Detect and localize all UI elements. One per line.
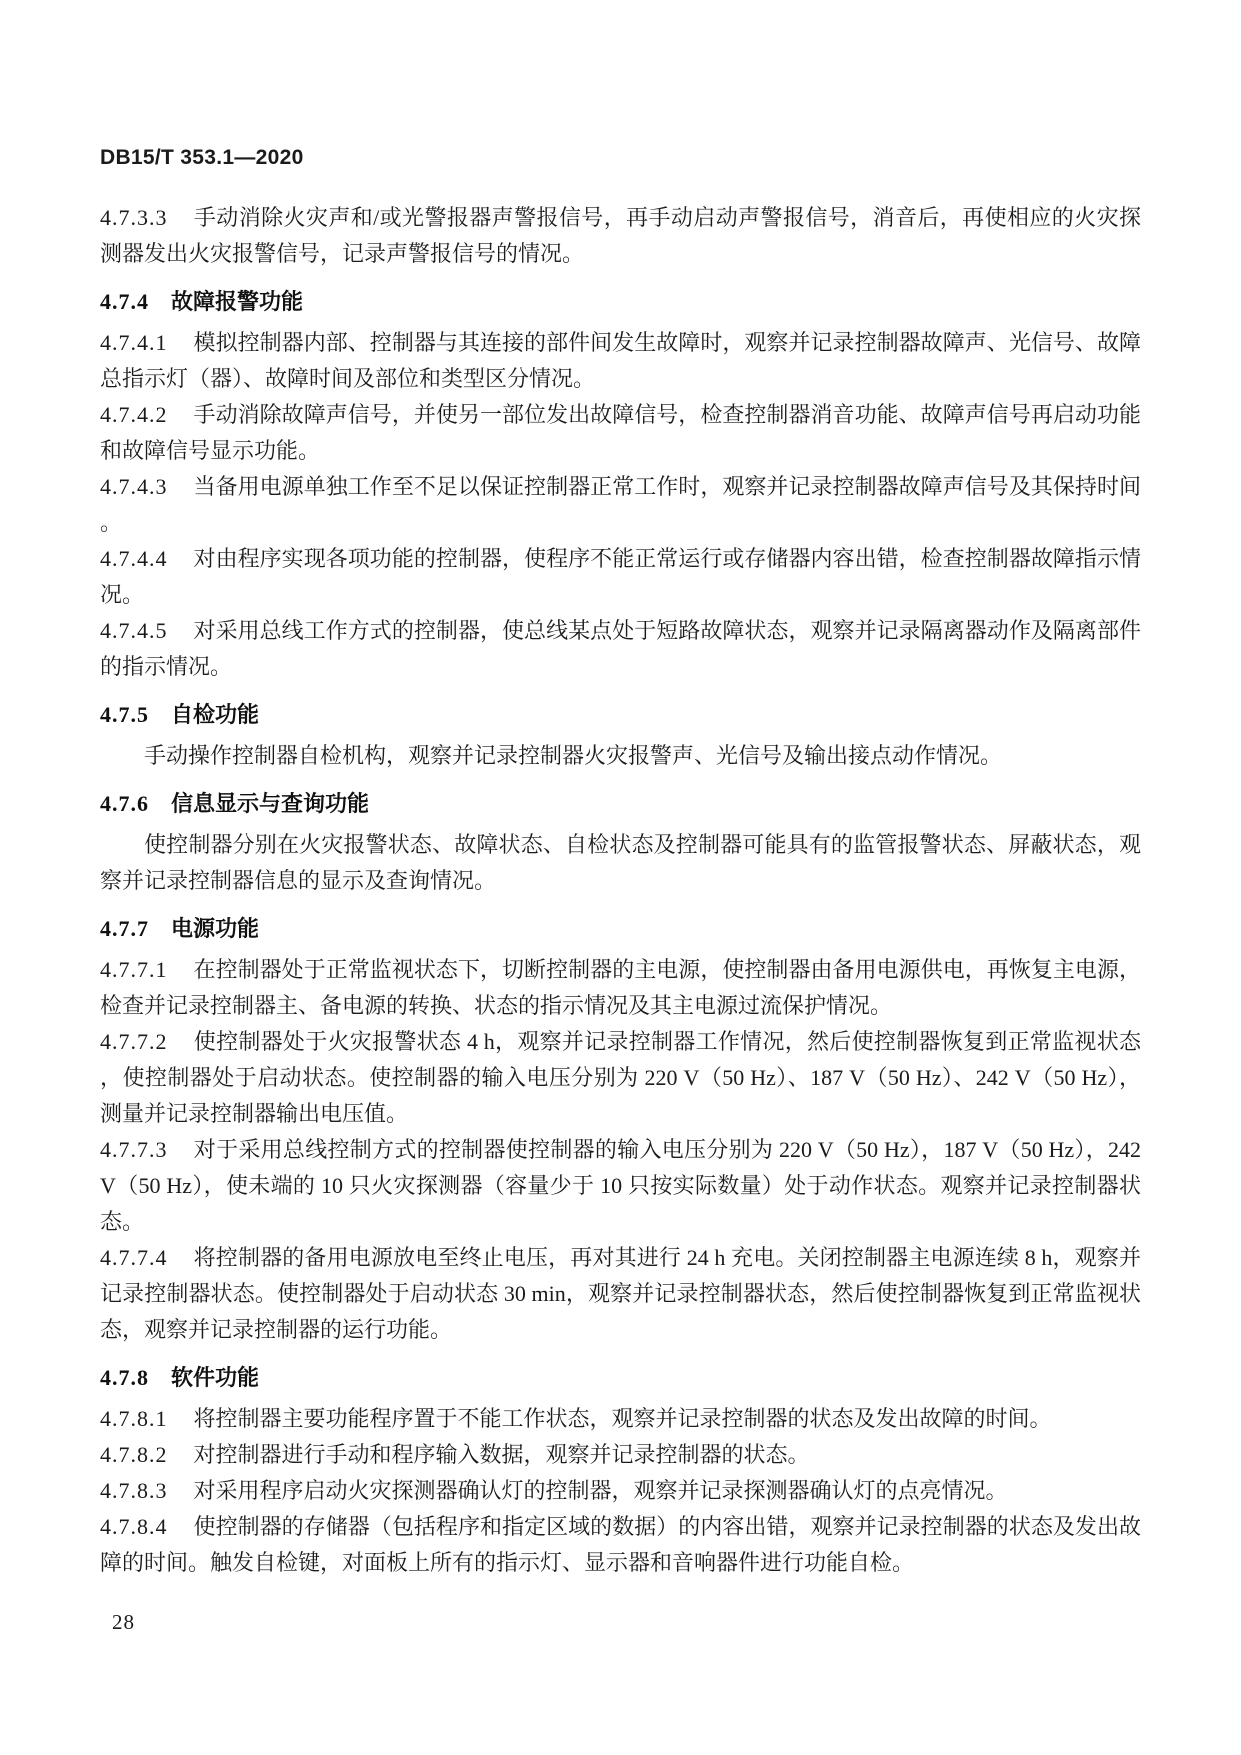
clause-number: 4.7.8.2 <box>100 1442 194 1467</box>
clause-number: 4.7.3.3 <box>100 205 194 230</box>
document-body: 4.7.3.3手动消除火灾声和/或光警报器声警报信号，再手动启动声警报信号，消音… <box>100 200 1141 1581</box>
clause-paragraph: 4.7.8.4使控制器的存储器（包括程序和指定区域的数据）的内容出错，观察并记录… <box>100 1509 1141 1581</box>
section-heading: 4.7.4故障报警功能 <box>100 287 1141 317</box>
clause-text: 对于采用总线控制方式的控制器使控制器的输入电压分别为 220 V（50 Hz），… <box>100 1137 1141 1234</box>
clause-number: 4.7.8.3 <box>100 1478 194 1503</box>
clause-text: 使控制器处于火灾报警状态 4 h，观察并记录控制器工作情况，然后使控制器恢复到正… <box>100 1029 1141 1126</box>
clause-text: 将控制器主要功能程序置于不能工作状态，观察并记录控制器的状态及发出故障的时间。 <box>194 1406 1052 1431</box>
document-code: DB15/T 353.1—2020 <box>100 146 304 170</box>
section-number: 4.7.4 <box>100 289 171 314</box>
section-number: 4.7.8 <box>100 1365 171 1390</box>
clause-text: 手动消除火灾声和/或光警报器声警报信号，再手动启动声警报信号，消音后，再使相应的… <box>100 205 1141 266</box>
clause-number: 4.7.7.1 <box>100 957 194 982</box>
clause-paragraph: 4.7.8.1将控制器主要功能程序置于不能工作状态，观察并记录控制器的状态及发出… <box>100 1401 1141 1437</box>
section-title: 故障报警功能 <box>171 289 303 314</box>
section-heading: 4.7.8软件功能 <box>100 1363 1141 1393</box>
clause-number: 4.7.7.2 <box>100 1029 194 1054</box>
clause-text: 将控制器的备用电源放电至终止电压，再对其进行 24 h 充电。关闭控制器主电源连… <box>100 1245 1141 1342</box>
section-title: 电源功能 <box>171 916 259 941</box>
section-heading: 4.7.6信息显示与查询功能 <box>100 789 1141 819</box>
clause-text: 模拟控制器内部、控制器与其连接的部件间发生故障时，观察并记录控制器故障声、光信号… <box>100 330 1141 391</box>
section-title: 软件功能 <box>171 1365 259 1390</box>
clause-paragraph: 4.7.4.3当备用电源单独工作至不足以保证控制器正常工作时，观察并记录控制器故… <box>100 469 1141 541</box>
clause-text: 使控制器分别在火灾报警状态、故障状态、自检状态及控制器可能具有的监管报警状态、屏… <box>100 832 1141 893</box>
document-page: DB15/T 353.1—2020 4.7.3.3手动消除火灾声和/或光警报器声… <box>0 0 1241 1755</box>
clause-text: 对由程序实现各项功能的控制器，使程序不能正常运行或存储器内容出错，检查控制器故障… <box>100 546 1141 607</box>
clause-paragraph: 4.7.8.2对控制器进行手动和程序输入数据，观察并记录控制器的状态。 <box>100 1437 1141 1473</box>
clause-paragraph: 4.7.7.3对于采用总线控制方式的控制器使控制器的输入电压分别为 220 V（… <box>100 1132 1141 1240</box>
section-number: 4.7.5 <box>100 702 171 727</box>
section-heading: 4.7.5自检功能 <box>100 700 1141 730</box>
clause-number: 4.7.4.5 <box>100 618 194 643</box>
clause-text: 手动消除故障声信号，并使另一部位发出故障信号，检查控制器消音功能、故障声信号再启… <box>100 402 1141 463</box>
clause-number: 4.7.4.3 <box>100 474 194 499</box>
clause-paragraph: 4.7.4.1模拟控制器内部、控制器与其连接的部件间发生故障时，观察并记录控制器… <box>100 325 1141 397</box>
section-title: 信息显示与查询功能 <box>171 791 369 816</box>
clause-paragraph: 使控制器分别在火灾报警状态、故障状态、自检状态及控制器可能具有的监管报警状态、屏… <box>100 827 1141 899</box>
clause-text: 使控制器的存储器（包括程序和指定区域的数据）的内容出错，观察并记录控制器的状态及… <box>100 1514 1141 1575</box>
clause-number: 4.7.8.4 <box>100 1514 194 1539</box>
clause-number: 4.7.7.4 <box>100 1245 194 1270</box>
clause-paragraph: 4.7.7.1在控制器处于正常监视状态下，切断控制器的主电源，使控制器由备用电源… <box>100 952 1141 1024</box>
clause-text: 在控制器处于正常监视状态下，切断控制器的主电源，使控制器由备用电源供电，再恢复主… <box>100 957 1141 1018</box>
clause-text: 对控制器进行手动和程序输入数据，观察并记录控制器的状态。 <box>194 1442 810 1467</box>
clause-text: 对采用程序启动火灾探测器确认灯的控制器，观察并记录探测器确认灯的点亮情况。 <box>194 1478 1008 1503</box>
section-number: 4.7.6 <box>100 791 171 816</box>
clause-paragraph: 4.7.3.3手动消除火灾声和/或光警报器声警报信号，再手动启动声警报信号，消音… <box>100 200 1141 272</box>
clause-number: 4.7.8.1 <box>100 1406 194 1431</box>
clause-paragraph: 4.7.7.4将控制器的备用电源放电至终止电压，再对其进行 24 h 充电。关闭… <box>100 1240 1141 1348</box>
clause-number: 4.7.4.2 <box>100 402 194 427</box>
clause-paragraph: 4.7.4.2手动消除故障声信号，并使另一部位发出故障信号，检查控制器消音功能、… <box>100 397 1141 469</box>
page-number: 28 <box>112 1610 135 1635</box>
clause-text: 手动操作控制器自检机构，观察并记录控制器火灾报警声、光信号及输出接点动作情况。 <box>144 743 1002 768</box>
clause-paragraph: 手动操作控制器自检机构，观察并记录控制器火灾报警声、光信号及输出接点动作情况。 <box>100 738 1141 774</box>
section-title: 自检功能 <box>171 702 259 727</box>
clause-number: 4.7.4.4 <box>100 546 194 571</box>
clause-number: 4.7.4.1 <box>100 330 194 355</box>
section-number: 4.7.7 <box>100 916 171 941</box>
clause-paragraph: 4.7.7.2使控制器处于火灾报警状态 4 h，观察并记录控制器工作情况，然后使… <box>100 1024 1141 1132</box>
clause-paragraph: 4.7.8.3对采用程序启动火灾探测器确认灯的控制器，观察并记录探测器确认灯的点… <box>100 1473 1141 1509</box>
clause-text: 当备用电源单独工作至不足以保证控制器正常工作时，观察并记录控制器故障声信号及其保… <box>100 474 1141 535</box>
clause-number: 4.7.7.3 <box>100 1137 194 1162</box>
clause-text: 对采用总线工作方式的控制器，使总线某点处于短路故障状态，观察并记录隔离器动作及隔… <box>100 618 1141 679</box>
section-heading: 4.7.7电源功能 <box>100 914 1141 944</box>
clause-paragraph: 4.7.4.5对采用总线工作方式的控制器，使总线某点处于短路故障状态，观察并记录… <box>100 613 1141 685</box>
clause-paragraph: 4.7.4.4对由程序实现各项功能的控制器，使程序不能正常运行或存储器内容出错，… <box>100 541 1141 613</box>
